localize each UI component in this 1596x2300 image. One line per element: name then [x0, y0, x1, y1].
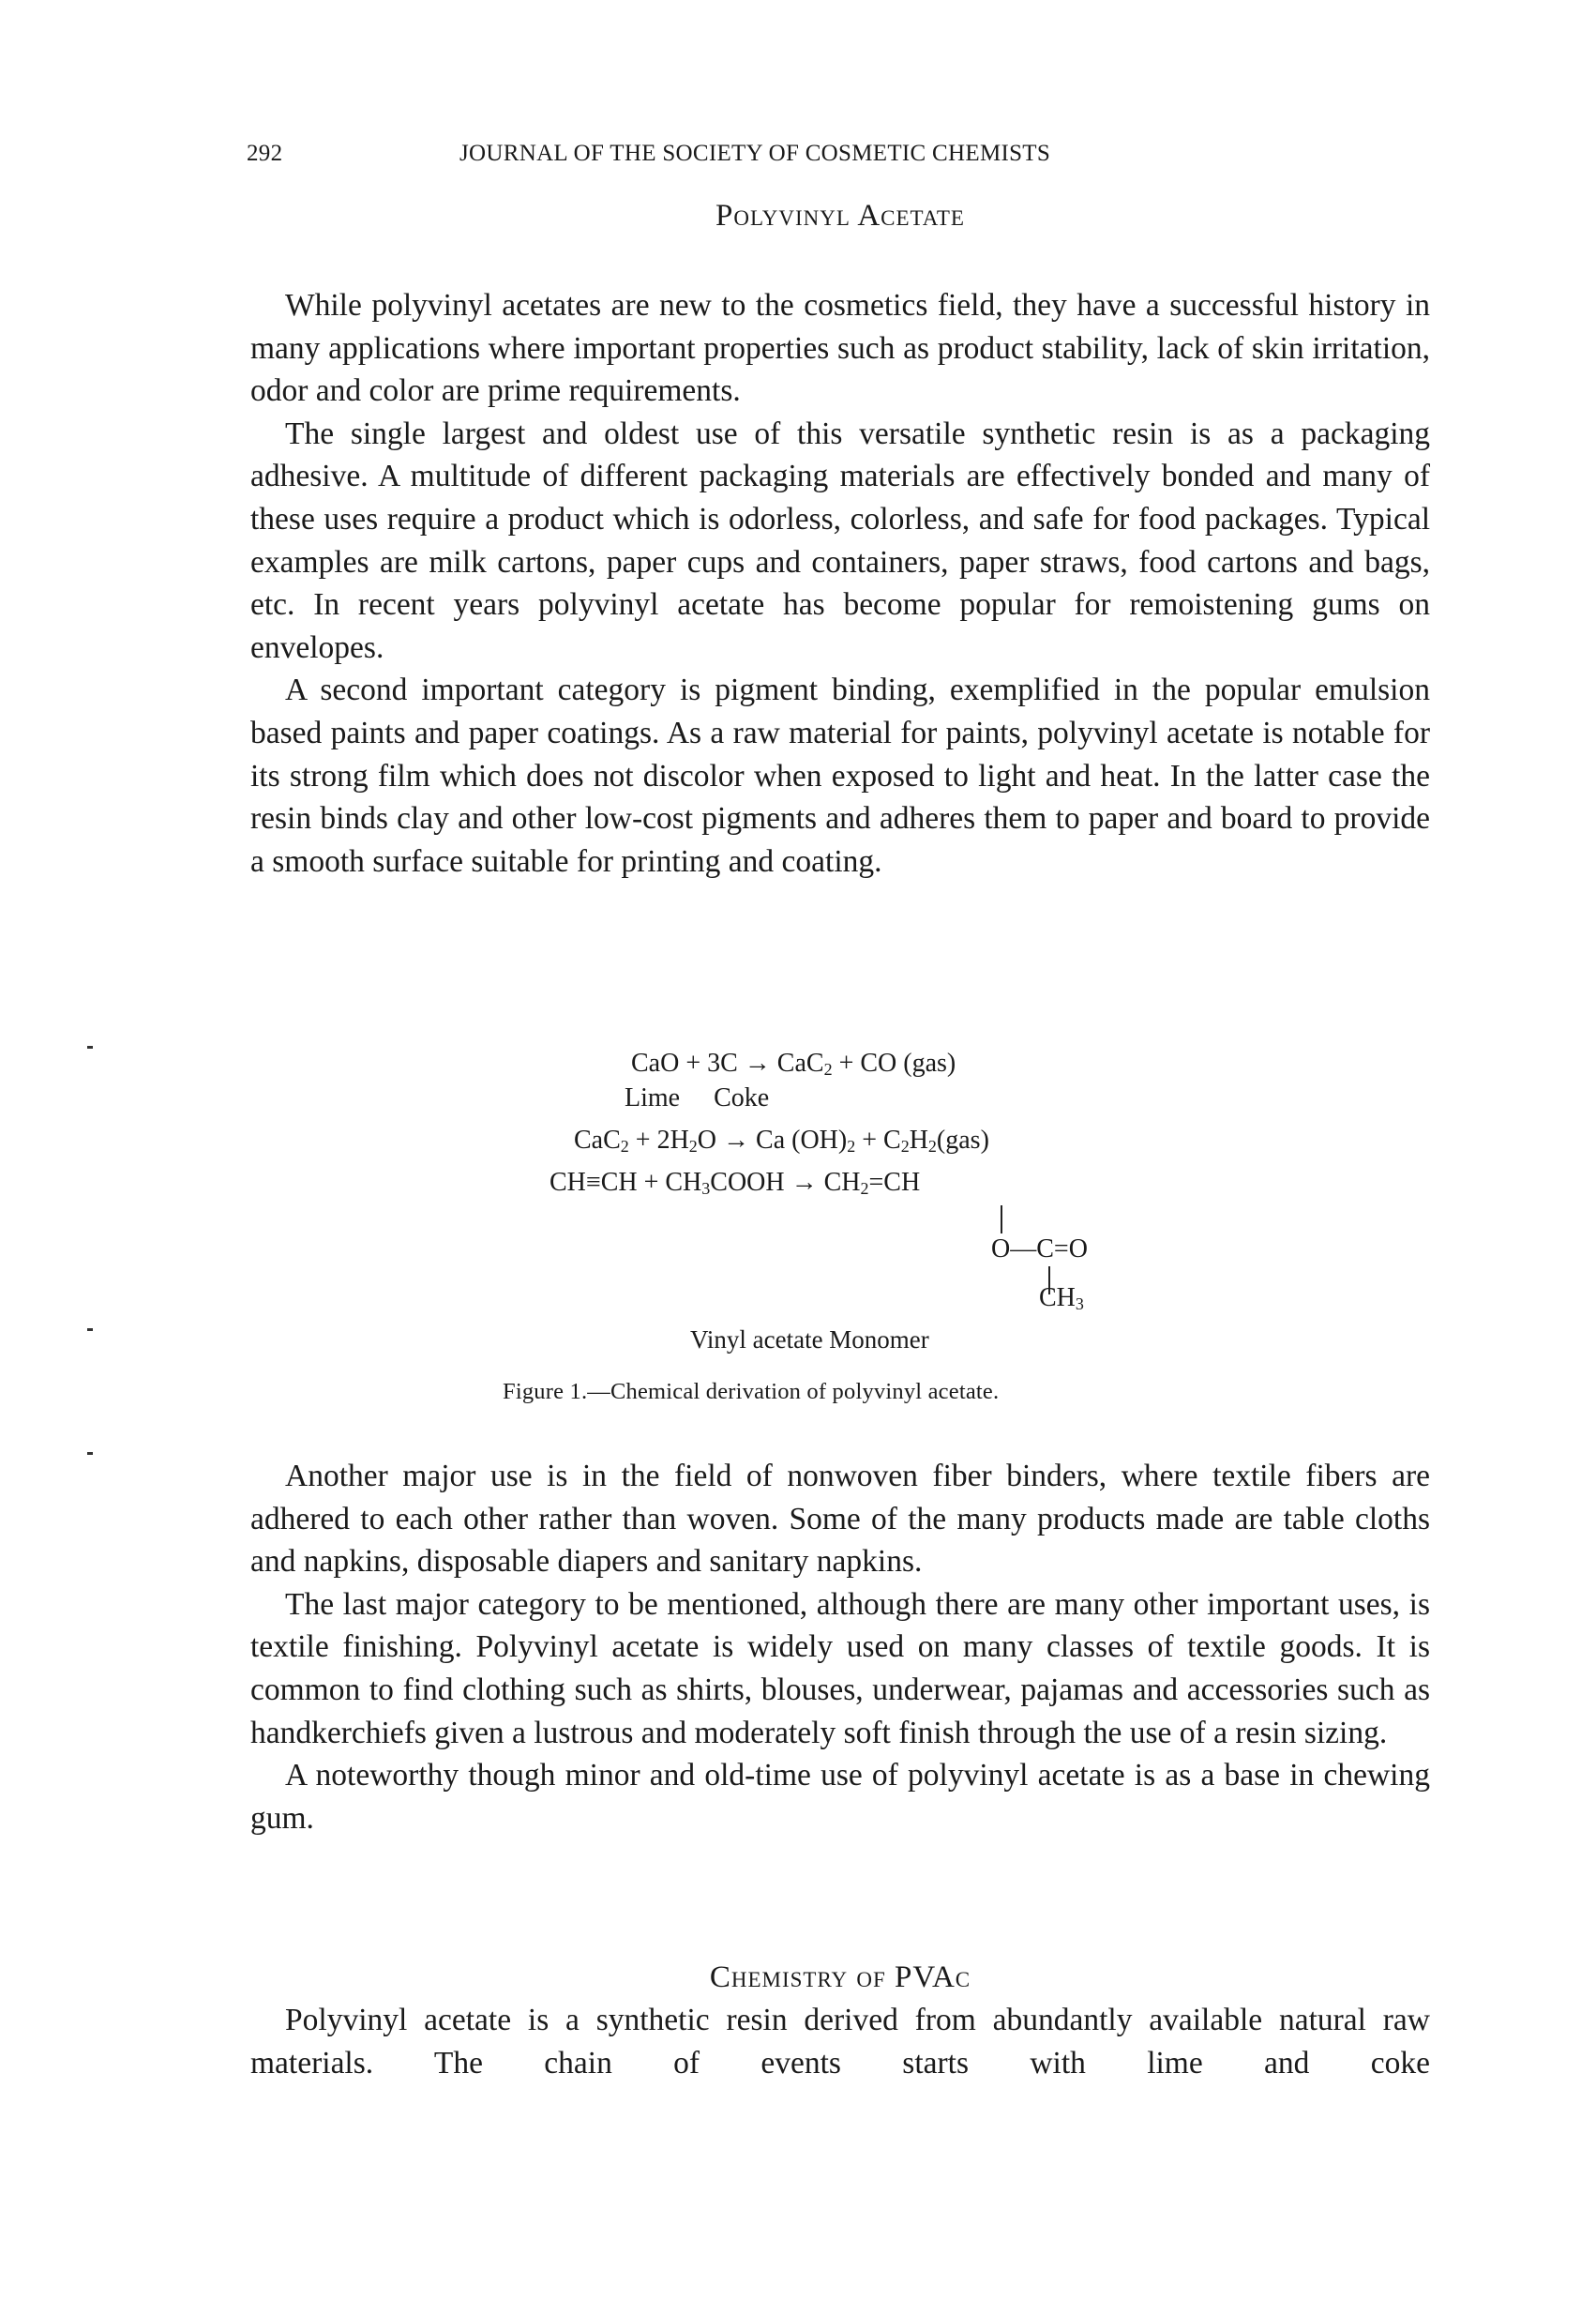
paragraph: While polyvinyl acetates are new to the … — [250, 284, 1430, 413]
margin-mark — [87, 1046, 93, 1049]
body-section-1-continued: Another major use is in the field of non… — [250, 1455, 1430, 1839]
ester-group: O—C=O — [991, 1234, 1088, 1264]
page-number: 292 — [247, 141, 282, 167]
eq1-product: CaC — [777, 1049, 824, 1078]
paragraph: Another major use is in the field of non… — [250, 1455, 1430, 1583]
label-lime: Lime — [625, 1083, 680, 1112]
eq-part: H — [910, 1126, 928, 1155]
subscript: 2 — [901, 1137, 910, 1156]
margin-mark — [87, 1452, 93, 1455]
figure-caption: Figure 1.—Chemical derivation of polyvin… — [503, 1379, 999, 1405]
label-coke: Coke — [714, 1083, 769, 1112]
monomer-label: Vinyl acetate Monomer — [690, 1325, 929, 1354]
eq-part: O → Ca (OH) — [698, 1126, 847, 1155]
section-heading-polyvinyl-acetate: Polyvinyl Acetate — [250, 199, 1430, 234]
subscript: 2 — [928, 1137, 937, 1156]
eq-part: + C — [855, 1126, 900, 1155]
eq1-product-2: + CO (gas) — [833, 1049, 956, 1078]
eq-part: CaC — [574, 1126, 621, 1155]
subscript: 2 — [861, 1179, 869, 1198]
eq-part: CH — [1039, 1283, 1076, 1312]
methyl-group: CH3 — [1039, 1283, 1084, 1314]
subscript: 2 — [847, 1137, 855, 1156]
equation-1: CaO + 3C → CaC2 + CO (gas) — [631, 1049, 956, 1080]
subscript: 2 — [689, 1137, 698, 1156]
eq-part: =CH — [869, 1168, 921, 1197]
equation-3: CH≡CH + CH3COOH → CH2=CH — [550, 1168, 920, 1199]
subscript: 3 — [701, 1179, 710, 1198]
subscript: 2 — [824, 1060, 833, 1079]
paragraph: The last major category to be mentioned,… — [250, 1583, 1430, 1754]
journal-title: JOURNAL OF THE SOCIETY OF COSMETIC CHEMI… — [459, 141, 1050, 167]
eq-part: + 2H — [629, 1126, 689, 1155]
subscript: 2 — [621, 1137, 629, 1156]
section-heading-chemistry-of-pvac: Chemistry of PVAc — [250, 1960, 1430, 1995]
margin-mark — [87, 1328, 93, 1331]
equation-1-labels: Lime Coke — [625, 1083, 769, 1113]
body-section-1: While polyvinyl acetates are new to the … — [250, 284, 1430, 883]
eq-part: O — [991, 1234, 1010, 1263]
eq-part: (gas) — [937, 1126, 989, 1155]
paragraph: Polyvinyl acetate is a synthetic resin d… — [250, 1999, 1430, 2084]
eq-part: C=O — [1036, 1234, 1088, 1263]
body-section-2: Polyvinyl acetate is a synthetic resin d… — [250, 1999, 1430, 2084]
bond-line — [1001, 1205, 1002, 1233]
paragraph: A second important category is pigment b… — [250, 669, 1430, 883]
subscript: 3 — [1076, 1294, 1084, 1313]
paragraph: A noteworthy though minor and old-time u… — [250, 1754, 1430, 1839]
bond-dash: — — [1010, 1234, 1036, 1263]
arrow-icon: → — [745, 1049, 771, 1078]
running-head: 292 JOURNAL OF THE SOCIETY OF COSMETIC C… — [247, 141, 1430, 178]
paragraph: The single largest and oldest use of thi… — [250, 413, 1430, 670]
eq-part: CH≡CH + CH — [550, 1168, 701, 1197]
eq-part: COOH → CH — [710, 1168, 860, 1197]
eq1-reactants: CaO + 3C — [631, 1049, 738, 1078]
equation-2: CaC2 + 2H2O → Ca (OH)2 + C2H2(gas) — [574, 1126, 989, 1157]
